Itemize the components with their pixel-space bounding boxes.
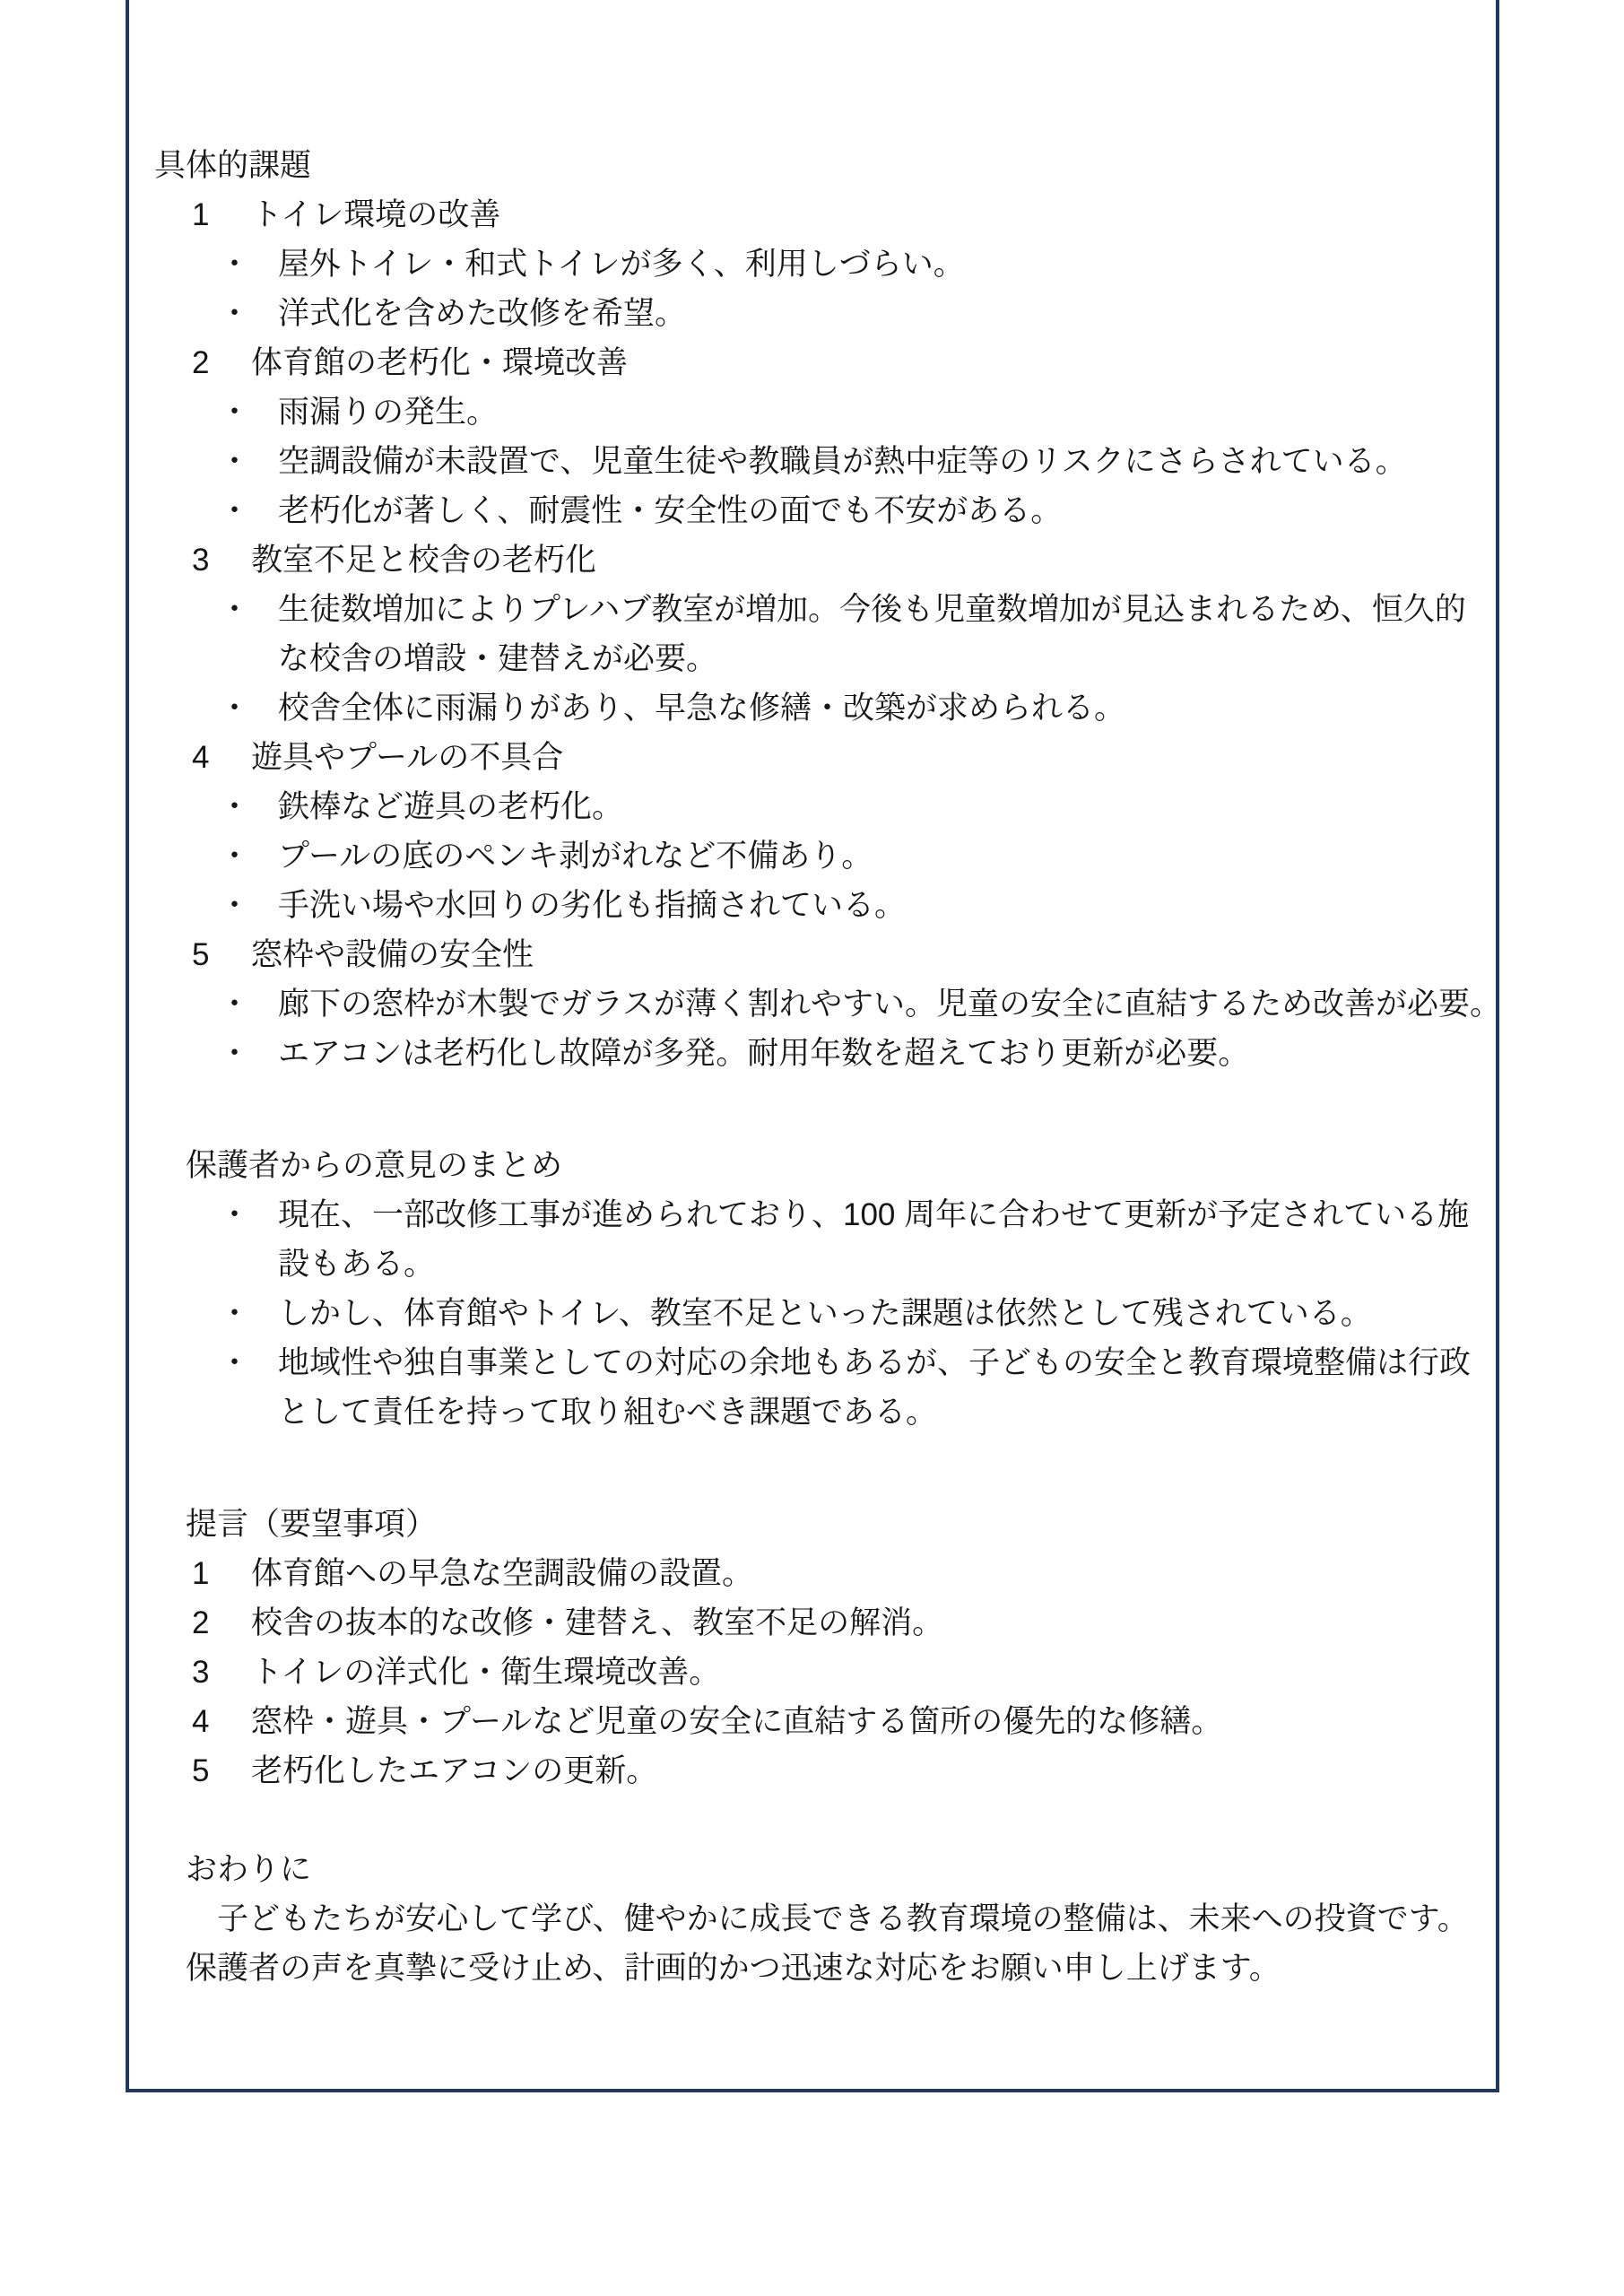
item-text: トイレ環境の改善 [251,197,500,232]
bullet-item: ・地域性や独自事業としての対応の余地もあるが、子どもの安全と教育環境整備は行政 [0,1338,1624,1387]
item-number: 1 [182,190,251,239]
section-title: 提言（要望事項） [0,1500,1624,1549]
item-text: な校舎の増設・建替えが必要。 [278,641,717,676]
item-text: 廊下の窓枠が木製でガラスが薄く割れやすい。児童の安全に直結するため改善が必要。 [278,987,1501,1022]
bullet-marker: ・ [219,1289,278,1338]
paragraph-line: 子どもたちが安心して学び、健やかに成長できる教育環境の整備は、未来への投資です。 [0,1894,1624,1944]
bullet-marker: ・ [219,1338,278,1387]
item-text: 校舎の抜本的な改修・建替え、教室不足の解消。 [251,1605,943,1640]
item-text: プールの底のペンキ剥がれなど不備あり。 [278,839,873,874]
item-number: 3 [182,1648,251,1697]
item-text: 老朽化したエアコンの更新。 [251,1753,657,1788]
bullet-item: ・プールの底のペンキ剥がれなど不備あり。 [0,831,1624,881]
bullet-item: ・廊下の窓枠が木製でガラスが薄く割れやすい。児童の安全に直結するため改善が必要。 [0,979,1624,1029]
item-text: 設もある。 [278,1247,435,1282]
document-content: 具体的課題 1トイレ環境の改善 ・屋外トイレ・和式トイレが多く、利用しづらい。 … [0,0,1624,1993]
bullet-item: ・校舎全体に雨漏りがあり、早急な修繕・改築が求められる。 [0,683,1624,733]
continuation-line: として責任を持って取り組むべき課題である。 [0,1387,1624,1437]
numbered-item: 2体育館の老朽化・環境改善 [0,338,1624,387]
numbered-item: 3トイレの洋式化・衛生環境改善。 [0,1648,1624,1697]
item-number: 3 [182,535,251,585]
section-title: 具体的課題 [0,141,1624,190]
paragraph-line: 保護者の声を真摯に受け止め、計画的かつ迅速な対応をお願い申し上げます。 [0,1944,1624,1993]
numbered-item: 5老朽化したエアコンの更新。 [0,1746,1624,1796]
item-text: しかし、体育館やトイレ、教室不足といった課題は依然として残されている。 [278,1296,1372,1331]
item-text: 生徒数増加によりプレハブ教室が増加。今後も児童数増加が見込まれるため、恒久的 [278,592,1466,627]
item-text: 地域性や独自事業としての対応の余地もあるが、子どもの安全と教育環境整備は行政 [278,1345,1471,1380]
item-text: 遊具やプールの不具合 [251,740,563,775]
numbered-item: 4遊具やプールの不具合 [0,733,1624,782]
item-text: 窓枠・遊具・プールなど児童の安全に直結する箇所の優先的な修繕。 [251,1704,1222,1739]
bullet-marker: ・ [219,585,278,634]
bullet-item: ・生徒数増加によりプレハブ教室が増加。今後も児童数増加が見込まれるため、恒久的 [0,585,1624,634]
bullet-marker: ・ [219,979,278,1029]
bullet-item: ・しかし、体育館やトイレ、教室不足といった課題は依然として残されている。 [0,1289,1624,1338]
bullet-item: ・現在、一部改修工事が進められており、100 周年に合わせて更新が予定されている… [0,1190,1624,1239]
item-text: 屋外トイレ・和式トイレが多く、利用しづらい。 [278,247,965,282]
numbered-item: 1トイレ環境の改善 [0,190,1624,239]
bullet-item: ・老朽化が著しく、耐震性・安全性の面でも不安がある。 [0,486,1624,535]
bullet-item: ・雨漏りの発生。 [0,387,1624,437]
bullet-item: ・屋外トイレ・和式トイレが多く、利用しづらい。 [0,239,1624,289]
item-text: 校舎全体に雨漏りがあり、早急な修繕・改築が求められる。 [278,691,1125,726]
bullet-marker: ・ [219,289,278,338]
item-number: 5 [182,1746,251,1796]
bullet-marker: ・ [219,486,278,535]
paragraph-text: 保護者の声を真摯に受け止め、計画的かつ迅速な対応をお願い申し上げます。 [186,1951,1281,1986]
item-text: 体育館の老朽化・環境改善 [251,345,628,380]
item-text: 現在、一部改修工事が進められており、100 周年に合わせて更新が予定されている施 [278,1197,1469,1232]
section-spacer [0,1078,1624,1141]
bullet-marker: ・ [219,881,278,930]
item-text: トイレの洋式化・衛生環境改善。 [251,1655,720,1690]
item-text: 手洗い場や水回りの劣化も指摘されている。 [278,888,906,923]
section-title: おわりに [0,1845,1624,1894]
item-number: 2 [182,1598,251,1648]
item-number: 4 [182,733,251,782]
bullet-item: ・手洗い場や水回りの劣化も指摘されている。 [0,881,1624,930]
bullet-item: ・エアコンは老朽化し故障が多発。耐用年数を超えており更新が必要。 [0,1029,1624,1078]
continuation-line: 設もある。 [0,1239,1624,1289]
bullet-item: ・洋式化を含めた改修を希望。 [0,289,1624,338]
numbered-item: 2校舎の抜本的な改修・建替え、教室不足の解消。 [0,1598,1624,1648]
section-title: 保護者からの意見のまとめ [0,1141,1624,1190]
numbered-item: 3教室不足と校舎の老朽化 [0,535,1624,585]
item-text: 鉄棒など遊具の老朽化。 [278,789,623,824]
continuation-line: な校舎の増設・建替えが必要。 [0,634,1624,683]
item-text: エアコンは老朽化し故障が多発。耐用年数を超えており更新が必要。 [278,1036,1249,1071]
bullet-marker: ・ [219,239,278,289]
item-text: 体育館への早急な空調設備の設置。 [251,1556,753,1591]
item-text: として責任を持って取り組むべき課題である。 [278,1395,937,1430]
item-number: 4 [182,1697,251,1746]
bullet-marker: ・ [219,387,278,437]
item-number: 2 [182,338,251,387]
bullet-marker: ・ [219,782,278,831]
item-text: 洋式化を含めた改修を希望。 [278,296,686,331]
item-text: 雨漏りの発生。 [278,395,498,430]
bullet-marker: ・ [219,437,278,486]
item-number: 5 [182,930,251,979]
paragraph-text: 子どもたちが安心して学び、健やかに成長できる教育環境の整備は、未来への投資です。 [186,1901,1469,1936]
bullet-marker: ・ [219,683,278,733]
item-text: 窓枠や設備の安全性 [251,937,534,972]
numbered-item: 1体育館への早急な空調設備の設置。 [0,1549,1624,1598]
bullet-marker: ・ [219,831,278,881]
section-spacer [0,1437,1624,1500]
bullet-marker: ・ [219,1029,278,1078]
bullet-marker: ・ [219,1190,278,1239]
item-text: 老朽化が著しく、耐震性・安全性の面でも不安がある。 [278,493,1062,528]
section-spacer [0,1796,1624,1845]
numbered-item: 4窓枠・遊具・プールなど児童の安全に直結する箇所の優先的な修繕。 [0,1697,1624,1746]
numbered-item: 5窓枠や設備の安全性 [0,930,1624,979]
item-text: 教室不足と校舎の老朽化 [251,543,596,578]
bullet-item: ・空調設備が未設置で、児童生徒や教職員が熱中症等のリスクにさらされている。 [0,437,1624,486]
item-text: 空調設備が未設置で、児童生徒や教職員が熱中症等のリスクにさらされている。 [278,444,1407,479]
item-number: 1 [182,1549,251,1598]
bullet-item: ・鉄棒など遊具の老朽化。 [0,782,1624,831]
